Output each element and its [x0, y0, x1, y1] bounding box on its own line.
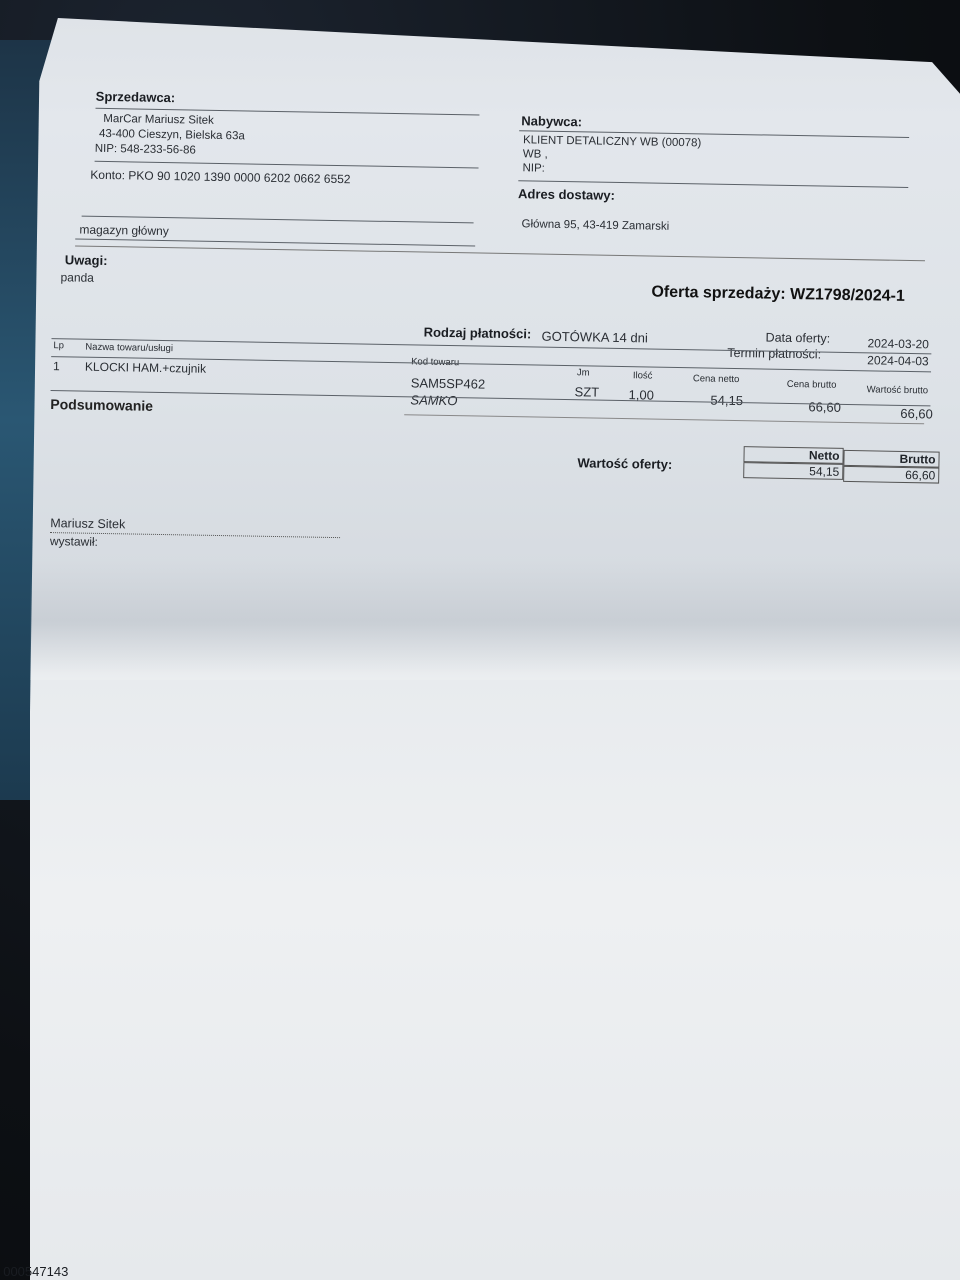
row-unit: SZT: [575, 384, 600, 399]
payment-type-value: GOTÓWKA 14 dni: [541, 329, 647, 346]
divider: [75, 245, 925, 261]
table-bottom-line: [51, 390, 931, 406]
notes-label: Uwagi:: [65, 252, 108, 268]
col-header-unit: Jm: [577, 367, 590, 378]
summary-net-value: 54,15: [743, 462, 843, 480]
divider: [82, 216, 474, 224]
buyer-line2: WB ,: [523, 148, 548, 160]
divider: [95, 161, 479, 169]
col-header-gross-price: Cena brutto: [787, 379, 837, 391]
divider: [404, 414, 924, 424]
seller-label: Sprzedawca:: [96, 89, 176, 105]
offer-value-label: Wartość oferty:: [577, 455, 672, 472]
row-gross-price: 66,60: [808, 399, 841, 415]
delivery-address-label: Adres dostawy:: [518, 186, 615, 203]
col-header-lp: Lp: [53, 340, 64, 351]
buyer-name: KLIENT DETALICZNY WB (00078): [523, 134, 701, 149]
col-header-gross-value: Wartość brutto: [867, 384, 929, 396]
buyer-nip: NIP:: [522, 162, 545, 174]
seller-address: 43-400 Cieszyn, Bielska 63a: [99, 128, 245, 143]
col-header-net-price: Cena netto: [693, 373, 740, 385]
col-header-qty: Ilość: [633, 370, 653, 381]
row-name: KLOCKI HAM.+czujnik: [85, 360, 206, 376]
row-code: SAM5SP462: [411, 375, 486, 391]
offer-date-label: Data oferty:: [765, 331, 830, 346]
summary-gross-value: 66,60: [843, 466, 939, 484]
buyer-label: Nabywca:: [521, 113, 582, 129]
document-id: : 000547143: [0, 1264, 68, 1279]
col-header-name: Nazwa towaru/usługi: [85, 342, 173, 355]
notes-value: panda: [60, 270, 94, 285]
row-gross-value: 66,60: [900, 406, 933, 422]
divider: [75, 238, 475, 246]
summary-net-header: Netto: [743, 446, 843, 464]
row-brand: SAMKO: [410, 392, 457, 408]
offer-date-value: 2024-03-20: [867, 336, 929, 351]
seller-nip: NIP: 548-233-56-86: [95, 143, 196, 157]
seller-bank-account: Konto: PKO 90 1020 1390 0000 6202 0662 6…: [90, 168, 350, 187]
payment-type-label: Rodzaj płatności:: [424, 325, 532, 342]
payment-due-label: Termin płatności:: [727, 346, 821, 362]
summary-gross-header: Brutto: [843, 450, 939, 468]
sales-offer-document: Sprzedawca: MarCar Mariusz Sitek 43-400 …: [41, 80, 940, 615]
seller-name: MarCar Mariusz Sitek: [103, 113, 214, 127]
summary-label: Podsumowanie: [50, 396, 153, 414]
issuer-label: wystawił:: [50, 534, 98, 549]
issuer-name: Mariusz Sitek: [50, 516, 125, 531]
delivery-address: Główna 95, 43-419 Zamarski: [521, 218, 669, 233]
payment-due-value: 2024-04-03: [867, 353, 929, 368]
offer-title: Oferta sprzedaży: WZ1798/2024-1: [651, 284, 905, 306]
row-lp: 1: [53, 359, 60, 373]
seller-warehouse: magazyn główny: [79, 223, 169, 239]
row-net-price: 54,15: [710, 393, 743, 409]
